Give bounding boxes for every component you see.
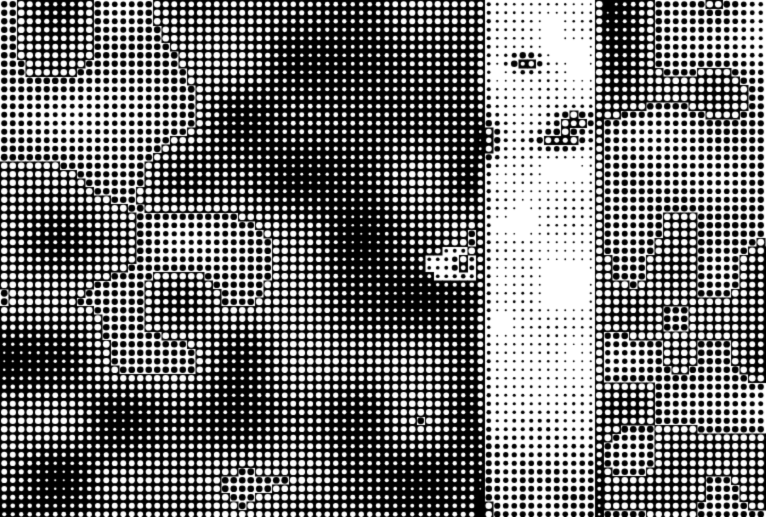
halftone-photo: Dark forest background Birch tree trunk …	[0, 0, 766, 517]
halftone-canvas	[0, 0, 766, 517]
